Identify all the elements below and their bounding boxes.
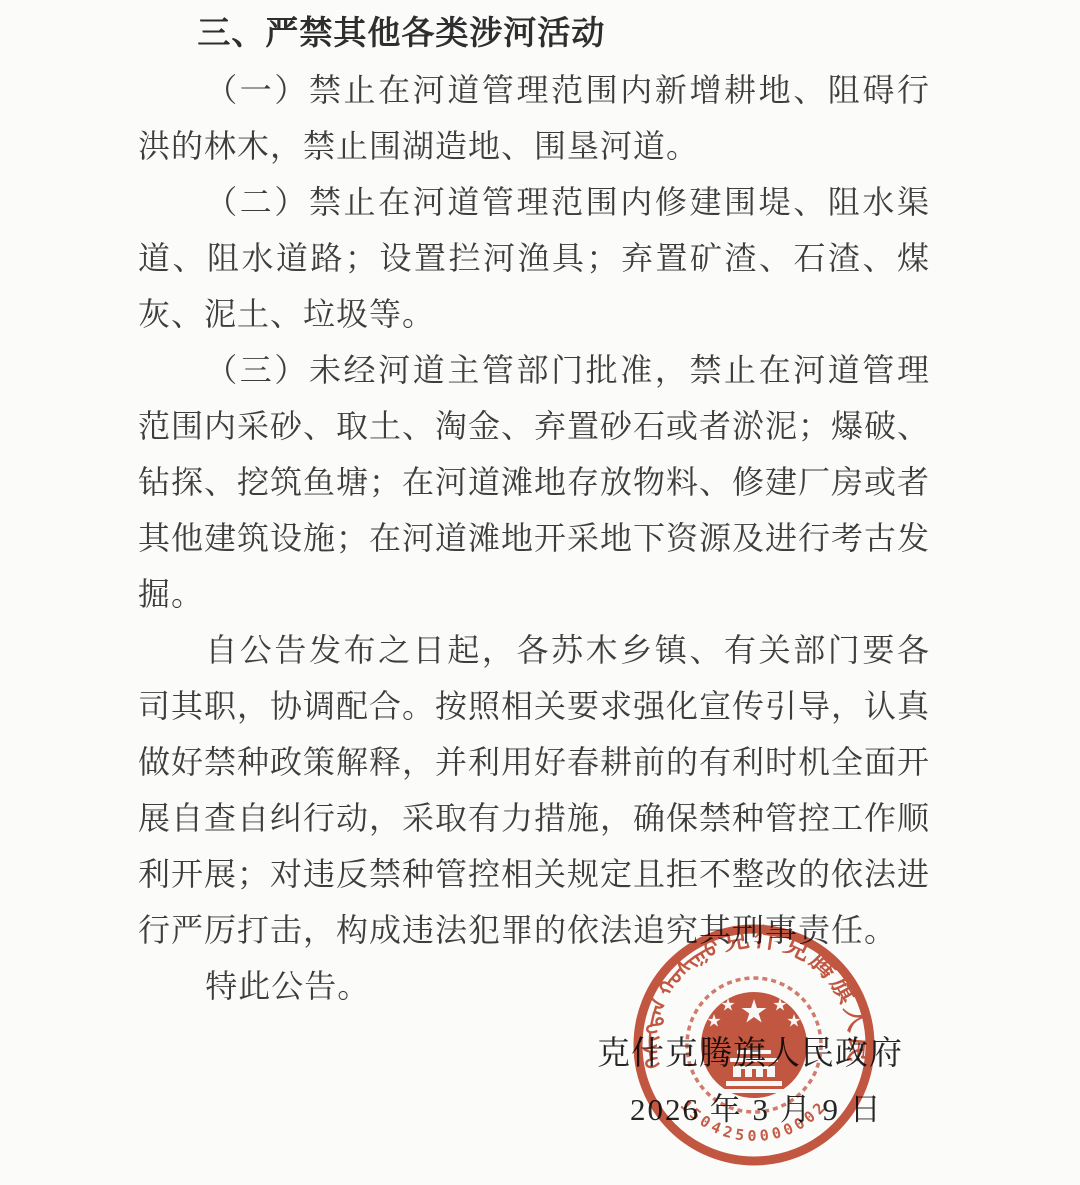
- clause-2: （二）禁止在河道管理范围内修建围堤、阻水渠道、阻水道路；设置拦河渔具；弃置矿渣、…: [138, 174, 930, 342]
- seal-graphic: ᠬᠡᠰᠢᠭᠲᠡᠨ ᠬᠣᠰᠢᠭᠤ 克什克腾旗人民政府 1504250000002: [629, 920, 879, 1170]
- seal-serial-number: 1504250000002: [677, 1096, 832, 1145]
- section-heading: 三、严禁其他各类涉河活动: [138, 6, 930, 62]
- national-emblem-icon: [701, 992, 807, 1098]
- announcement-body: 三、严禁其他各类涉河活动 （一）禁止在河道管理范围内新增耕地、阻碍行洪的林木，禁…: [138, 6, 930, 1014]
- official-seal-stamp: ᠬᠡᠰᠢᠭᠲᠡᠨ ᠬᠣᠰᠢᠭᠤ 克什克腾旗人民政府 1504250000002: [629, 920, 879, 1170]
- clause-3: （三）未经河道主管部门批准，禁止在河道管理范围内采砂、取土、淘金、弃置砂石或者淤…: [138, 342, 930, 622]
- clause-1: （一）禁止在河道管理范围内新增耕地、阻碍行洪的林木，禁止围湖造地、围垦河道。: [138, 62, 930, 174]
- closing-paragraph: 自公告发布之日起，各苏木乡镇、有关部门要各司其职，协调配合。按照相关要求强化宣传…: [138, 622, 930, 958]
- tiananmen-gate-doors: [741, 1069, 767, 1077]
- scanned-announcement-page: 三、严禁其他各类涉河活动 （一）禁止在河道管理范围内新增耕地、阻碍行洪的林木，禁…: [0, 0, 1080, 1185]
